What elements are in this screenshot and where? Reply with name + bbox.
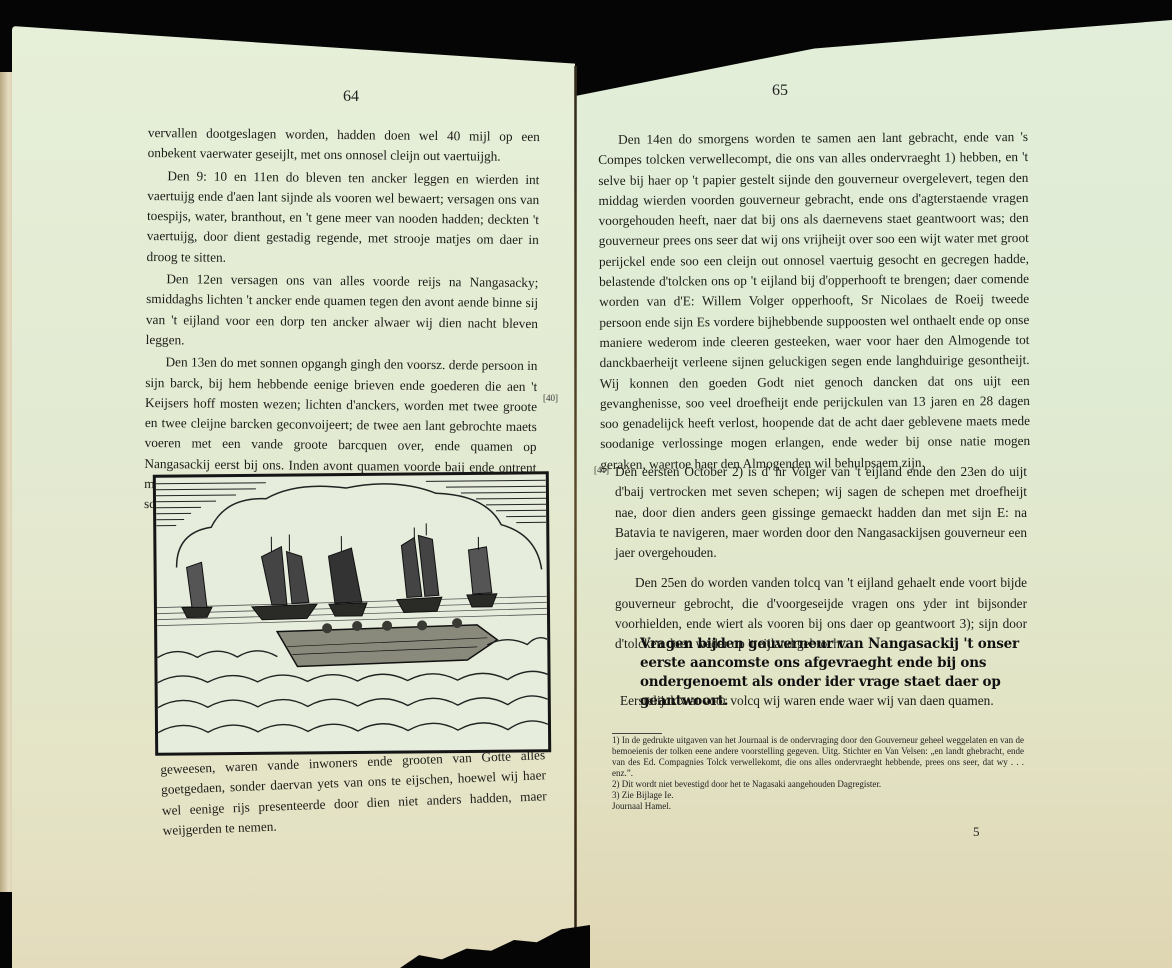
paragraph: Eerstelijck wat voor volcq wij waren end…	[620, 692, 1028, 710]
footnote: 3) Zie Bijlage Ie.	[612, 790, 1024, 801]
book-gutter	[574, 66, 577, 946]
footnote-divider	[612, 733, 662, 734]
paragraph: geweesen, waren vande inwoners ende groo…	[160, 745, 548, 841]
left-page-text: vervallen dootgeslagen worden, hadden do…	[144, 123, 540, 519]
right-page-number: 65	[772, 82, 788, 100]
left-page-number: 64	[343, 88, 359, 106]
woodcut-illustration	[153, 471, 551, 755]
right-page-text-continued: Den eersten October 2) is d' hr Volger v…	[615, 462, 1027, 655]
right-page-text: Den 14en do smorgens worden te samen aen…	[598, 127, 1030, 475]
footnote: 1) In de gedrukte uitgaven van het Journ…	[612, 735, 1024, 779]
ships-at-sea-icon	[156, 474, 548, 752]
footnote: 2) Dit wordt niet bevestigd door het te …	[612, 779, 1024, 790]
paragraph: Den 14en do smorgens worden te samen aen…	[598, 127, 1030, 475]
margin-marker: [41]	[594, 465, 609, 475]
paragraph: Den eersten October 2) is d' hr Volger v…	[615, 462, 1027, 563]
footnote: Journaal Hamel.	[612, 801, 1024, 812]
left-page-text-after-illustration: geweesen, waren vande inwoners ende groo…	[160, 745, 548, 841]
margin-marker: [40]	[543, 393, 558, 403]
paragraph: Den 9: 10 en 11en do bleven ten ancker l…	[146, 166, 539, 272]
paragraph: Den 12en versagen ons van alles voorde r…	[146, 269, 539, 354]
signature-mark: 5	[973, 824, 980, 840]
footnotes: 1) In de gedrukte uitgaven van het Journ…	[612, 735, 1024, 812]
paragraph: vervallen dootgeslagen worden, hadden do…	[148, 123, 540, 168]
